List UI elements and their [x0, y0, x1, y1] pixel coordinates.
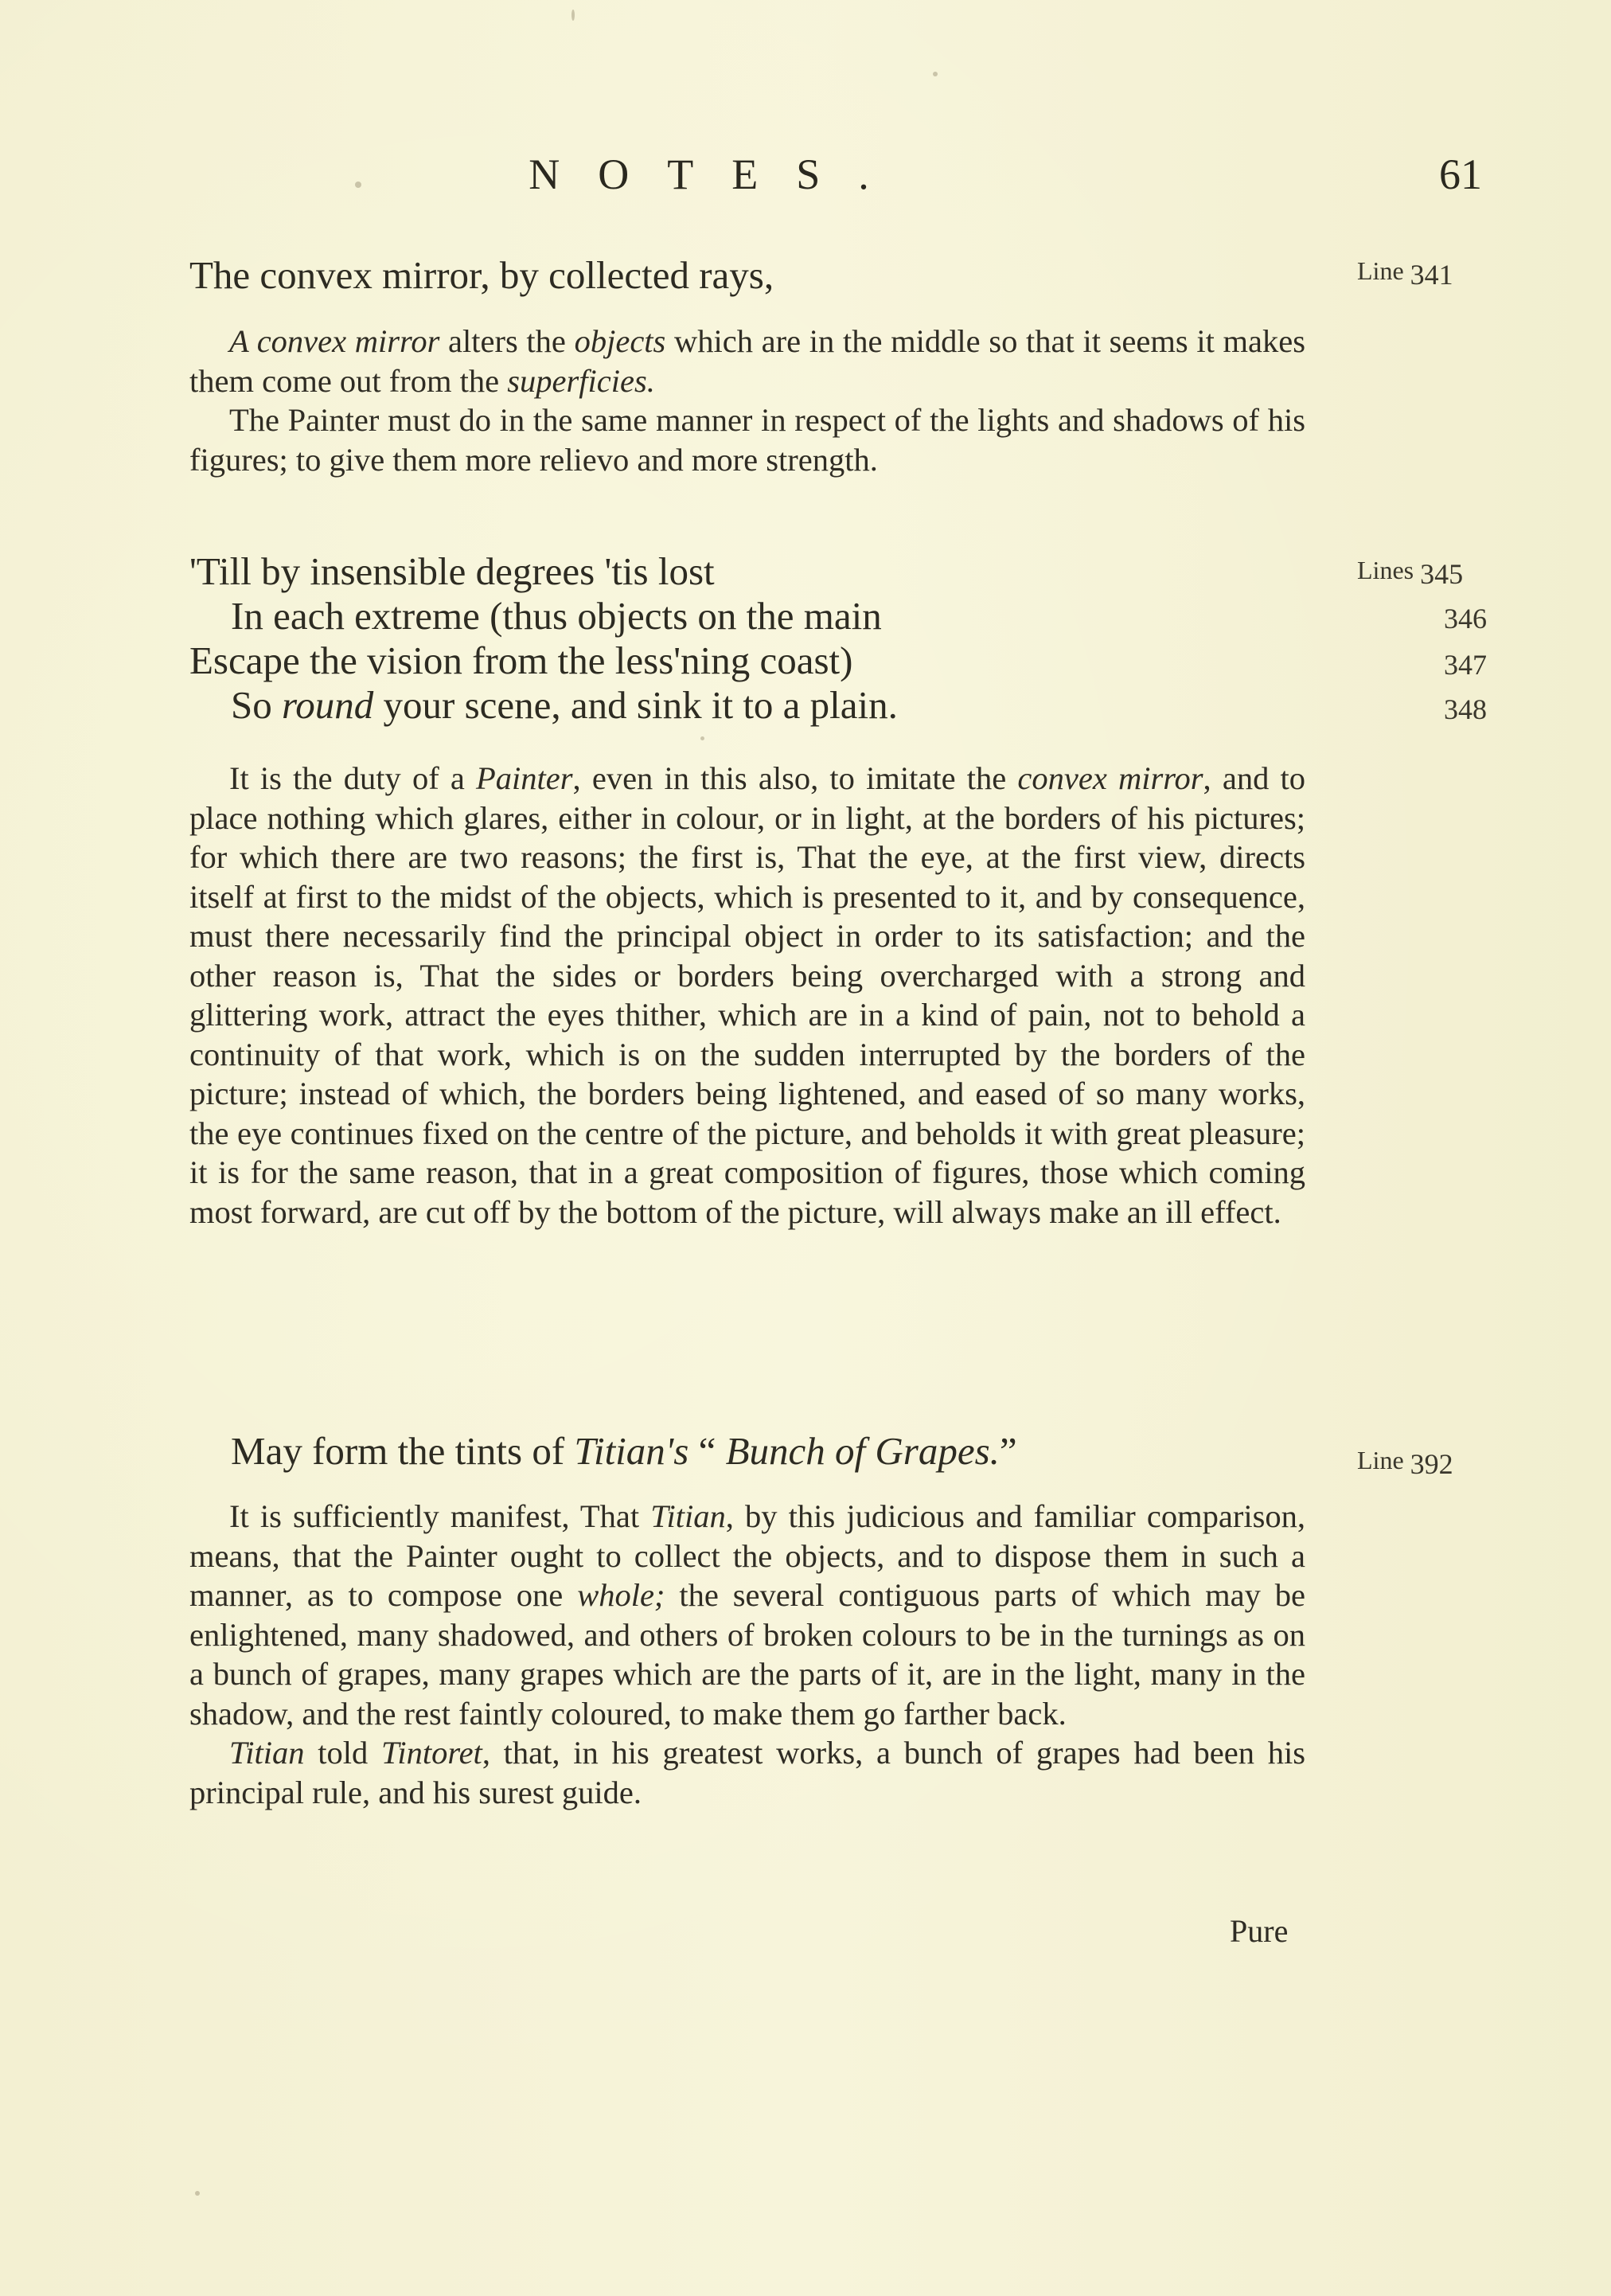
text-run: ”	[1000, 1429, 1017, 1473]
commentary-block: A convex mirror alters the objects which…	[189, 322, 1305, 479]
italic-phrase: whole;	[577, 1577, 665, 1613]
text-run: May form the tints of	[231, 1429, 574, 1473]
verse-line: Escape the vision from the less'ning coa…	[189, 638, 852, 683]
verse-line: The convex mirror, by collected rays,	[189, 253, 774, 298]
text-run: So	[231, 683, 282, 727]
line-ref-number: 348	[1444, 693, 1487, 725]
verse-line: 'Till by insensible degrees 'tis lost	[189, 549, 715, 594]
paper-speck	[355, 182, 361, 188]
italic-phrase: convex mirror	[1017, 760, 1203, 796]
italic-phrase: A convex mirror	[229, 323, 439, 359]
italic-phrase: objects	[575, 323, 666, 359]
commentary-paragraph: The Painter must do in the same manner i…	[189, 400, 1305, 479]
italic-phrase: Titian	[229, 1735, 305, 1771]
text-run: The Painter must do in the same manner i…	[189, 402, 1305, 478]
paper-speck	[195, 2191, 200, 2196]
italic-phrase: Tintoret	[381, 1735, 482, 1771]
italic-name: Titian's	[574, 1429, 688, 1473]
italic-title: Bunch of Grapes.	[726, 1429, 1000, 1473]
book-page: NOTES. 61 The convex mirror, by collecte…	[0, 0, 1611, 2296]
page-number: 61	[1439, 150, 1482, 199]
running-title: NOTES.	[0, 150, 1611, 199]
line-reference: 347	[1444, 643, 1487, 677]
line-ref-number: 345	[1420, 558, 1463, 590]
text-run: It is sufficiently manifest, That	[229, 1498, 650, 1534]
text-run: alters the	[439, 323, 574, 359]
line-ref-label: Line	[1357, 256, 1404, 285]
commentary-paragraph: Titian told Tintoret, that, in his great…	[189, 1733, 1305, 1812]
line-ref-label: Lines	[1357, 556, 1414, 584]
italic-phrase: Painter	[476, 760, 572, 796]
text-run: , even in this also, to imitate the	[573, 760, 1018, 796]
verse-line: In each extreme (thus objects on the mai…	[231, 594, 882, 638]
line-ref-number: 346	[1444, 603, 1487, 635]
verse-line: So round your scene, and sink it to a pl…	[231, 683, 898, 728]
italic-phrase: superficies.	[507, 363, 655, 399]
verse-line: May form the tints of Titian's “ Bunch o…	[231, 1429, 1017, 1474]
line-ref-number: 392	[1410, 1448, 1453, 1480]
line-reference: 348	[1444, 688, 1487, 721]
commentary-block: It is the duty of a Painter, even in thi…	[189, 759, 1305, 1232]
running-title-text: NOTES.	[529, 150, 907, 199]
commentary-paragraph: It is the duty of a Painter, even in thi…	[189, 759, 1305, 1232]
catchword: Pure	[1230, 1912, 1288, 1950]
text-run: your scene, and sink it to a plain.	[373, 683, 898, 727]
paper-speck	[933, 72, 938, 76]
text-run: told	[305, 1735, 381, 1771]
text-run: It is the duty of a	[229, 760, 476, 796]
text-run: , and to place nothing which glares, eit…	[189, 760, 1305, 1230]
text-run: “	[688, 1429, 725, 1473]
line-ref-label: Line	[1357, 1446, 1404, 1474]
paper-speck	[571, 10, 575, 21]
italic-word: round	[282, 683, 373, 727]
line-reference: Line 341	[1357, 253, 1453, 287]
line-ref-number: 341	[1410, 259, 1453, 291]
line-ref-number: 347	[1444, 649, 1487, 681]
italic-phrase: Titian	[650, 1498, 726, 1534]
line-reference: Lines 345	[1357, 553, 1463, 586]
commentary-block: It is sufficiently manifest, That Titian…	[189, 1497, 1305, 1812]
commentary-paragraph: It is sufficiently manifest, That Titian…	[189, 1497, 1305, 1733]
paper-speck	[700, 736, 704, 740]
commentary-paragraph: A convex mirror alters the objects which…	[189, 322, 1305, 400]
line-reference: Line 392	[1357, 1443, 1453, 1476]
line-reference: 346	[1444, 597, 1487, 631]
